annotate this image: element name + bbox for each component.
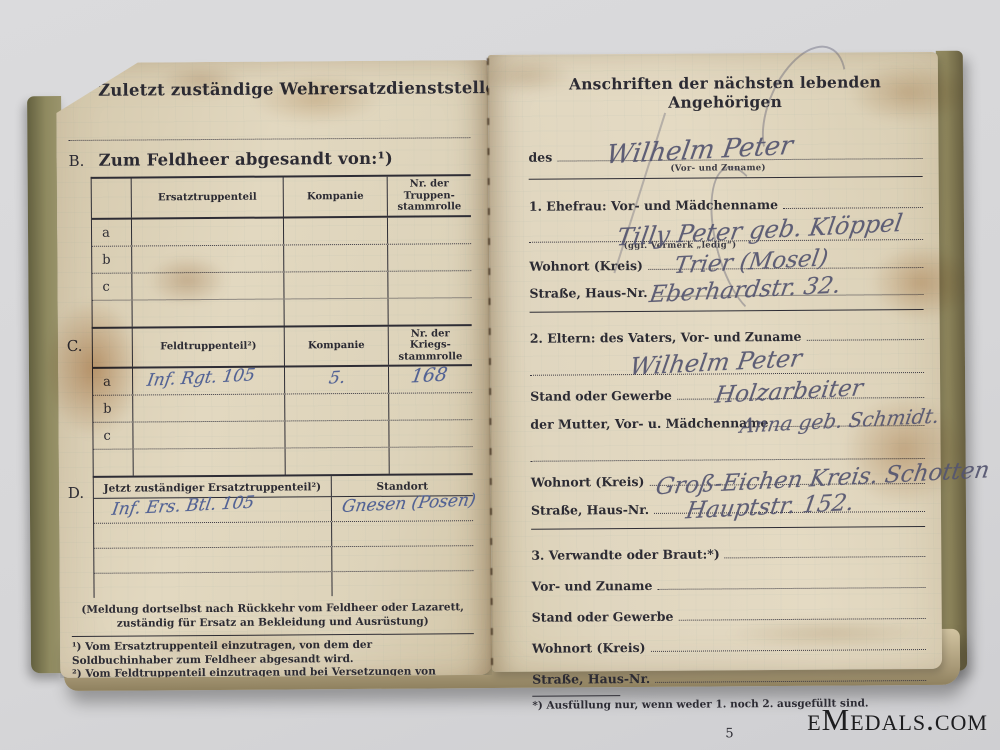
table-row-c: c <box>93 420 472 450</box>
kompanie-cell <box>285 298 389 325</box>
unit-cell <box>94 522 332 548</box>
horizontal-rule <box>72 633 474 637</box>
stand-label: Stand oder Gewerbe <box>532 609 674 625</box>
left-page: A. Zuletzt zuständige Wehrersatzdienstst… <box>56 60 492 678</box>
dotted-line <box>648 267 923 270</box>
vater-name-line: Wilhelm Peter <box>530 356 924 376</box>
ehefrau-name-line: Tilly Peter geb. Klöppel (ggf. Vermerk „… <box>529 223 923 243</box>
handwriting-vater-name: Wilhelm Peter <box>628 344 804 381</box>
row-label: a <box>92 219 132 245</box>
verwandte-name-row: Vor- und Zuname <box>531 573 925 594</box>
soldbuch-open-book: A. Zuletzt zuständige Wehrersatzdienstst… <box>26 45 968 694</box>
standort-cell <box>332 571 473 596</box>
row-label: b <box>92 246 132 272</box>
handwriting-mutter-name: Anna geb. Schmidt. <box>739 403 942 437</box>
mutter-row: der Mutter, Vor- u. Mädchenname Anna geb… <box>530 411 924 432</box>
handwriting-stand: Holzarbeiter <box>713 375 865 409</box>
handwriting-eltern-strasse: Hauptstr. 152. <box>684 490 856 525</box>
unit-cell <box>133 299 285 326</box>
row-label: c <box>93 423 133 449</box>
eltern-label: 2. Eltern: des Vaters, Vor- und Zuname <box>530 329 802 346</box>
header-cell-kompanie: Kompanie <box>284 177 388 216</box>
mutter-label: der Mutter, Vor- u. Mädchenname <box>530 415 768 432</box>
header-cell-kriegsstammrolle: Nr. der Kriegs-stammrolle <box>389 326 472 365</box>
owner-sub-label: (Vor- und Zuname) <box>670 163 765 174</box>
unit-cell <box>134 448 286 475</box>
ehefrau-wohnort-row: Wohnort (Kreis) Trier (Mosel) <box>529 253 923 274</box>
eltern-wohnort-row: Wohnort (Kreis) Groß-Eichen Kreis. Schot… <box>531 469 925 490</box>
section-a-heading-row: A. Zuletzt zuständige Wehrersatzdienstst… <box>68 78 470 100</box>
dotted-line <box>68 121 470 141</box>
section-b-title: Zum Feldheer abgesandt von:¹) <box>98 149 393 170</box>
row-label: c <box>92 273 132 299</box>
header-cell-kompanie: Kompanie <box>285 326 389 365</box>
footnote-rule <box>532 695 620 697</box>
dotted-line <box>677 397 924 400</box>
dotted-line <box>783 207 923 209</box>
table-row-b: b <box>92 244 471 274</box>
section-d-table: D. Jetzt zuständiger Ersatztruppenteil²)… <box>93 475 474 598</box>
owner-label: des <box>528 150 552 165</box>
dotted-line <box>807 339 924 341</box>
wohnort-label: Wohnort (Kreis) <box>532 640 646 656</box>
ehefrau-label-row: 1. Ehefrau: Vor- und Mädchenname <box>529 193 923 214</box>
unit-cell: Inf. Ers. Btl. 105 <box>94 497 332 523</box>
right-page-title: Anschriften der nächsten lebenden Angehö… <box>528 72 922 113</box>
horizontal-rule <box>531 526 925 530</box>
strasse-label: Straße, Haus-Nr. <box>529 285 647 301</box>
dotted-line <box>657 587 925 590</box>
header-cell-ersatztruppenteil: Ersatztruppenteil <box>132 177 284 217</box>
section-a-letter: A. <box>68 82 98 100</box>
section-c-table-header: Feldtruppenteil²) Kompanie Nr. der Krieg… <box>93 326 472 369</box>
unit-cell <box>94 547 332 573</box>
unit-cell <box>132 272 284 299</box>
section-b-letter: B. <box>68 152 98 170</box>
unit-cell <box>133 421 285 448</box>
header-cell-standort: Standort <box>332 475 473 496</box>
kompanie-cell <box>284 244 388 271</box>
stand-label: Stand oder Gewerbe <box>530 388 672 404</box>
unit-cell <box>132 245 284 272</box>
header-cell-jetzt-ersatztruppenteil: Jetzt zuständiger Ersatztruppenteil²) <box>94 476 332 498</box>
tables-block: Ersatztruppenteil Kompanie Nr. der Trupp… <box>91 174 474 598</box>
dotted-line <box>678 618 925 621</box>
dotted-line <box>557 158 922 162</box>
dotted-line <box>773 425 924 427</box>
stammrolle-cell <box>388 271 471 298</box>
wohnort-label: Wohnort (Kreis) <box>531 474 645 490</box>
header-cell-stammrolle: Nr. der Truppen-stammrolle <box>388 176 471 215</box>
verwandte-wohnort-row: Wohnort (Kreis) <box>532 635 926 656</box>
handwriting-kompanie: 5. <box>327 368 346 389</box>
strasse-label: Straße, Haus-Nr. <box>531 502 649 518</box>
strasse-label: Straße, Haus-Nr. <box>532 671 650 687</box>
horizontal-rule <box>530 309 924 313</box>
table-row-c: c <box>92 271 471 301</box>
dotted-line <box>531 442 925 462</box>
kompanie-cell <box>285 394 389 421</box>
handwriting-stammrolle-nr: 168 <box>409 363 449 387</box>
verwandte-stand-row: Stand oder Gewerbe <box>532 604 926 625</box>
ehefrau-strasse-row: Straße, Haus-Nr. Eberhardstr. 32. <box>529 280 923 301</box>
table-row-blank <box>94 447 473 476</box>
dotted-line <box>655 680 926 683</box>
stand-row: Stand oder Gewerbe Holzarbeiter <box>530 383 924 404</box>
stammrolle-cell <box>388 217 471 244</box>
ehefrau-label: 1. Ehefrau: Vor- und Mädchenname <box>529 197 778 214</box>
kompanie-cell <box>284 217 388 244</box>
section-b-heading-row: B. Zum Feldheer abgesandt von:¹) <box>68 148 470 170</box>
stammrolle-cell <box>388 244 471 271</box>
stammrolle-cell <box>389 298 472 325</box>
stammrolle-cell <box>389 393 472 420</box>
row-label <box>93 300 133 326</box>
dotted-line <box>649 483 924 486</box>
stammrolle-cell: 168 <box>389 366 472 393</box>
standort-cell <box>332 546 473 571</box>
watermark-text: eMedals.com <box>807 702 988 738</box>
handwriting-feldtruppenteil: Inf. Rgt. 105 <box>146 365 257 391</box>
horizontal-rule <box>529 176 923 180</box>
eltern-strasse-row: Straße, Haus-Nr. Hauptstr. 152. <box>531 497 925 518</box>
dotted-line <box>654 511 925 514</box>
meldung-note: (Meldung dortselbst nach Rückkehr vom Fe… <box>72 601 474 631</box>
section-d-table-header: Jetzt zuständiger Ersatztruppenteil²) St… <box>94 475 473 499</box>
section-c-table: C. Feldtruppenteil²) Kompanie Nr. der Kr… <box>92 326 473 478</box>
right-page-content: Anschriften der nächsten lebenden Angehö… <box>528 72 927 743</box>
wohnort-label: Wohnort (Kreis) <box>529 258 643 274</box>
stammrolle-cell <box>390 447 473 474</box>
dotted-line <box>725 556 926 558</box>
table-row-blank <box>93 298 472 327</box>
standort-cell <box>332 521 473 546</box>
kompanie-cell: 5. <box>285 367 389 394</box>
handwriting-ehefrau-strasse: Eberhardstr. 32. <box>647 272 842 308</box>
row-label <box>94 450 134 476</box>
right-page: Anschriften der nächsten lebenden Angehö… <box>488 52 942 672</box>
header-cell-feldtruppenteil: Feldtruppenteil²) <box>133 327 285 367</box>
unit-cell <box>132 218 284 245</box>
section-b-table: Ersatztruppenteil Kompanie Nr. der Trupp… <box>91 174 472 328</box>
table-row-b: b <box>93 393 472 423</box>
table-row-a: a <box>92 217 471 247</box>
table-row-blank <box>94 546 473 574</box>
kompanie-cell <box>286 448 390 475</box>
dotted-line <box>653 294 924 297</box>
section-a-title: Zuletzt zuständige Wehrersatzdienststell… <box>98 78 503 100</box>
dotted-line <box>651 649 926 652</box>
table-row-a: a Inf. Rgt. 105 5. 168 <box>93 366 472 396</box>
header-cell-empty <box>92 179 132 218</box>
ehefrau-sub-label: (ggf. Vermerk „ledig“) <box>624 240 737 251</box>
table-row-blank <box>94 571 473 598</box>
kompanie-cell <box>284 271 388 298</box>
unit-cell: Inf. Rgt. 105 <box>133 367 285 394</box>
unit-cell <box>94 572 332 598</box>
table-row-entry: Inf. Ers. Btl. 105 Gnesen (Posen) <box>94 496 473 524</box>
header-cell-empty <box>93 328 133 367</box>
page-number-left: 4 <box>73 733 475 750</box>
stammrolle-cell <box>389 420 472 447</box>
table-row-blank <box>94 521 473 549</box>
section-b-table-header: Ersatztruppenteil Kompanie Nr. der Trupp… <box>92 176 471 219</box>
verwandte-label-row: 3. Verwandte oder Braut:*) <box>531 542 925 563</box>
row-label: a <box>93 369 133 395</box>
unit-cell <box>133 394 285 421</box>
eltern-label-row: 2. Eltern: des Vaters, Vor- und Zuname <box>530 325 924 346</box>
more-space-note: Weiterer Raum für Eintragungen auf Seite… <box>72 707 474 724</box>
photo-scene: A. Zuletzt zuständige Wehrersatzdienstst… <box>0 0 1000 750</box>
standort-cell: Gnesen (Posen) <box>332 496 473 521</box>
verwandte-label: 3. Verwandte oder Braut:*) <box>531 546 720 562</box>
footnote-1: ¹) Vom Ersatztruppenteil einzutragen, vo… <box>72 638 474 667</box>
vor-zuname-label: Vor- und Zuname <box>531 578 652 594</box>
verwandte-strasse-row: Straße, Haus-Nr. <box>532 666 926 687</box>
kompanie-cell <box>285 421 389 448</box>
left-page-content: A. Zuletzt zuständige Wehrersatzdienstst… <box>68 74 475 750</box>
row-label: b <box>93 396 133 422</box>
owner-name-row: des Wilhelm Peter (Vor- und Zuname) <box>528 144 922 165</box>
